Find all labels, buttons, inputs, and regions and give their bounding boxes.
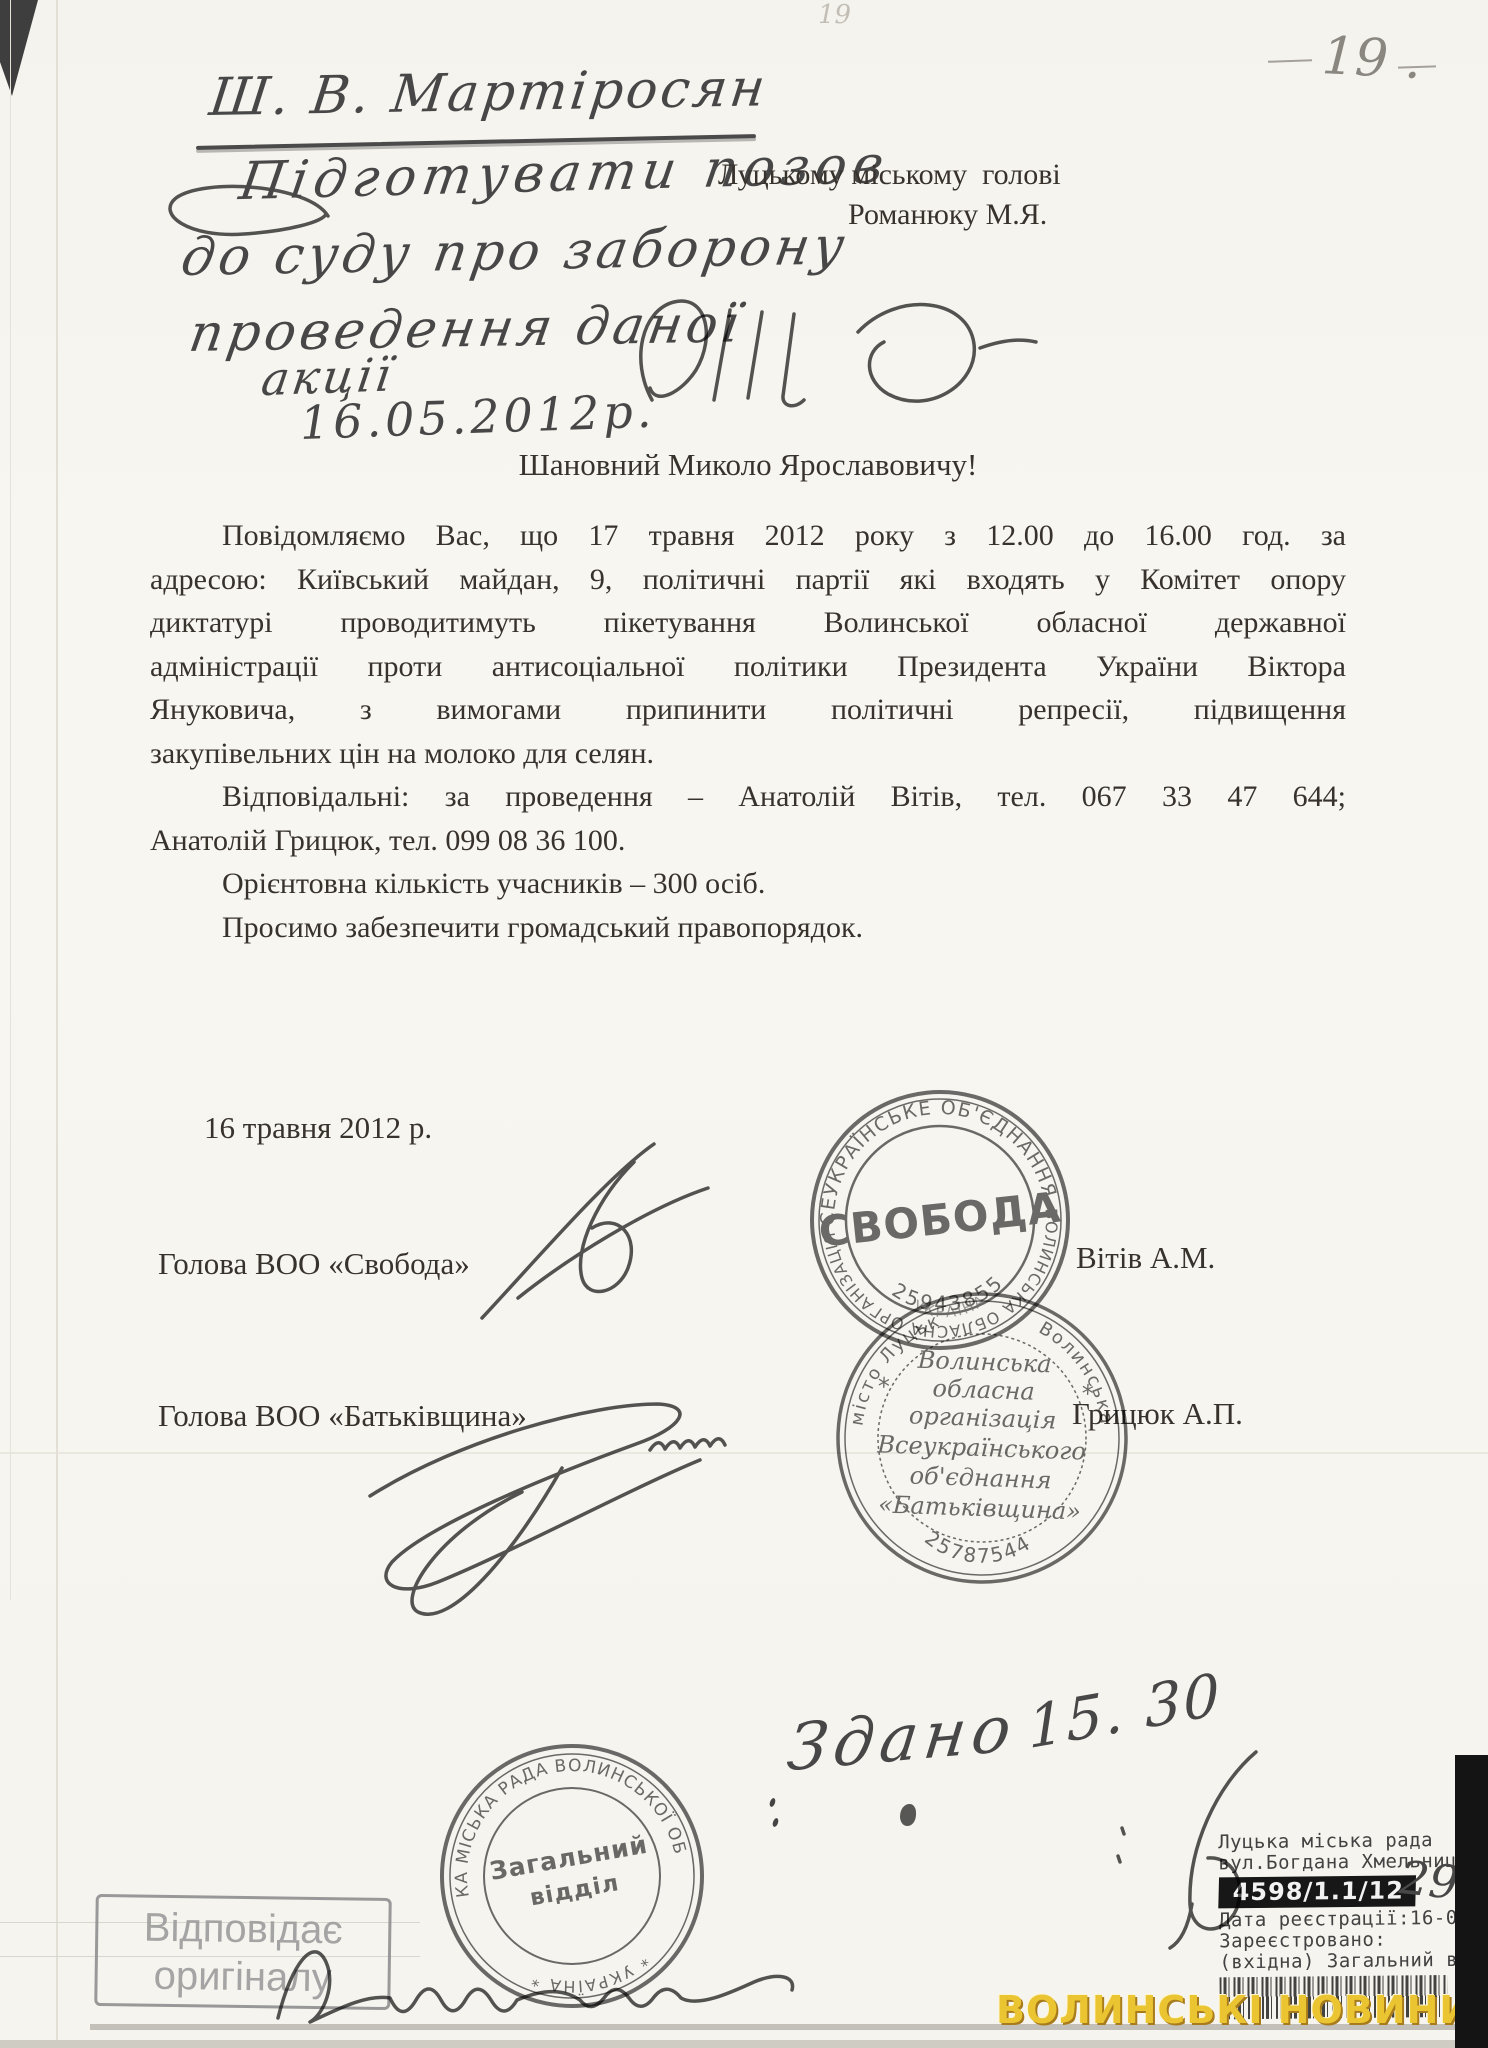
body-line: Орієнтовна кількість учасників – 300 осі… bbox=[150, 867, 1346, 911]
ink-dot-1 bbox=[769, 1797, 777, 1807]
body-line: адміністрації проти антисоціальної політ… bbox=[150, 650, 1346, 694]
body-line: Анатолій Грицюк, тел. 099 08 36 100. bbox=[150, 824, 1346, 868]
stamp-svoboda-center: СВОБОДА bbox=[816, 1182, 1063, 1256]
handwritten-name: Ш. В. Мартіросян bbox=[206, 58, 771, 128]
scan-fold-line-left bbox=[56, 0, 58, 2048]
scan-edge-bottom bbox=[0, 2040, 1488, 2048]
signer1-name: Вітів А.М. bbox=[1076, 1240, 1215, 1276]
signer1-title: Голова ВОО «Свобода» bbox=[158, 1246, 470, 1282]
scan-fold-line-left2 bbox=[10, 0, 11, 1600]
body-line: закупівельних цін на молоко для селян. bbox=[150, 737, 1346, 781]
letter-body: Повідомляємо Вас, що 17 травня 2012 року… bbox=[150, 519, 1346, 954]
signature-vitiv bbox=[458, 1128, 728, 1348]
stamp-batkivshchyna: місто Луцьк Волинська * * Волинська обла… bbox=[827, 1283, 1137, 1593]
body-line: Відповідальні: за проведення – Анатолій … bbox=[150, 780, 1346, 824]
handwritten-reg-number: 29 bbox=[1397, 1850, 1461, 1910]
body-line: адресою: Київський майдан, 9, політичні … bbox=[150, 563, 1346, 607]
signature-ink-bottom-right bbox=[1096, 1736, 1306, 1956]
ink-dot-2 bbox=[772, 1817, 780, 1827]
handwritten-date: 16.05.2012р. bbox=[299, 384, 656, 450]
stamp-batkivshchyna-line3: організація bbox=[909, 1401, 1057, 1434]
body-line: Повідомляємо Вас, що 17 травня 2012 року… bbox=[150, 519, 1346, 563]
body-line: Просимо забезпечити громадський правопор… bbox=[150, 911, 1346, 955]
body-line: диктатурі проводитимуть пікетування Воли… bbox=[150, 606, 1346, 650]
salutation: Шановний Миколо Ярославовичу! bbox=[150, 447, 1346, 483]
page-number: 19 . bbox=[1320, 26, 1422, 91]
stamp-batkivshchyna-line6: «Батьківщина» bbox=[878, 1490, 1082, 1525]
addressee-line2: Романюку М.Я. bbox=[848, 198, 1047, 232]
stamp-star-right: * bbox=[1081, 1379, 1094, 1407]
page-number-faint: 19 bbox=[818, 0, 851, 30]
ink-blot bbox=[900, 1804, 916, 1826]
body-line: Януковича, з вимогами припинити політичн… bbox=[150, 693, 1346, 737]
addressee-line1: Луцькому міському голові bbox=[718, 158, 1061, 192]
letter-date: 16 травня 2012 р. bbox=[204, 1110, 432, 1146]
scanned-letter-page: 19 . 19 Ш. В. Мартіросян Підготувати поз… bbox=[0, 0, 1488, 2048]
stamp-batkivshchyna-line4: Всеукраїнського bbox=[876, 1430, 1086, 1465]
signature-hrytsiuk bbox=[352, 1376, 782, 1636]
signature-clerk-bottom bbox=[262, 1922, 842, 2032]
stamp-batkivshchyna-line2: обласна bbox=[932, 1374, 1035, 1406]
signature-ink-top bbox=[612, 240, 1042, 450]
pencil-dash-left bbox=[1268, 59, 1312, 63]
svg-text:25787544: 25787544 bbox=[920, 1525, 1037, 1570]
stamp-star-left: * bbox=[877, 1372, 890, 1400]
stamp-batkivshchyna-line5: об'єднання bbox=[909, 1462, 1052, 1495]
scan-corner-blot bbox=[0, 0, 40, 96]
handwritten-submitted: Здано bbox=[783, 1691, 1021, 1786]
stamp-batkivshchyna-code: 25787544 bbox=[920, 1525, 1037, 1570]
news-watermark: ВОЛИНСЬКІ НОВИНИ bbox=[996, 1988, 1472, 2032]
